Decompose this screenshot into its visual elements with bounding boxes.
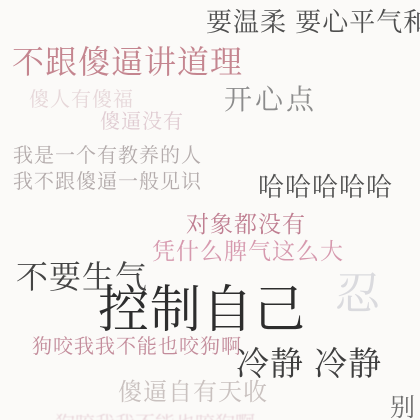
phrase-why-such-temper: 凭什么脾气这么大 [152,239,344,263]
phrase-no-partner: 对象都没有 [186,212,306,236]
phrase-heaven-punishes-fools: 傻逼自有天收 [118,380,268,405]
phrase-dont: 别 [390,395,416,420]
phrase-dont-bite-dog-back: 狗咬我我不能也咬狗啊 [32,337,242,358]
phrase-wont-stoop-to-fools: 我不跟傻逼一般见识 [13,172,202,193]
phrase-endure: 忍 [335,270,381,317]
phrase-calm-down-calm-down: 冷静 冷静 [236,347,382,382]
phrase-dont-argue-with-fools: 不跟傻逼讲道理 [12,46,243,80]
phrase-fools-have-none: 傻逼没有 [100,112,184,133]
phrase-control-yourself: 控制自己 [98,283,306,337]
phrase-hahaha: 哈哈哈哈哈 [258,174,393,201]
bottom-clipped-text: 狗咬我我不能也咬狗啊 [55,414,270,420]
phrase-i-am-well-mannered: 我是一个有教养的人 [13,146,202,167]
word-collage-canvas: 要温柔 要心平气和 不跟傻逼讲道理 傻人有傻福 开心点 傻逼没有 我是一个有教养… [0,0,420,420]
phrase-fools-have-luck: 傻人有傻福 [29,90,134,111]
phrase-cheer-up: 开心点 [224,85,317,114]
phrase-be-gentle-stay-calm: 要温柔 要心平气和 [206,9,420,36]
